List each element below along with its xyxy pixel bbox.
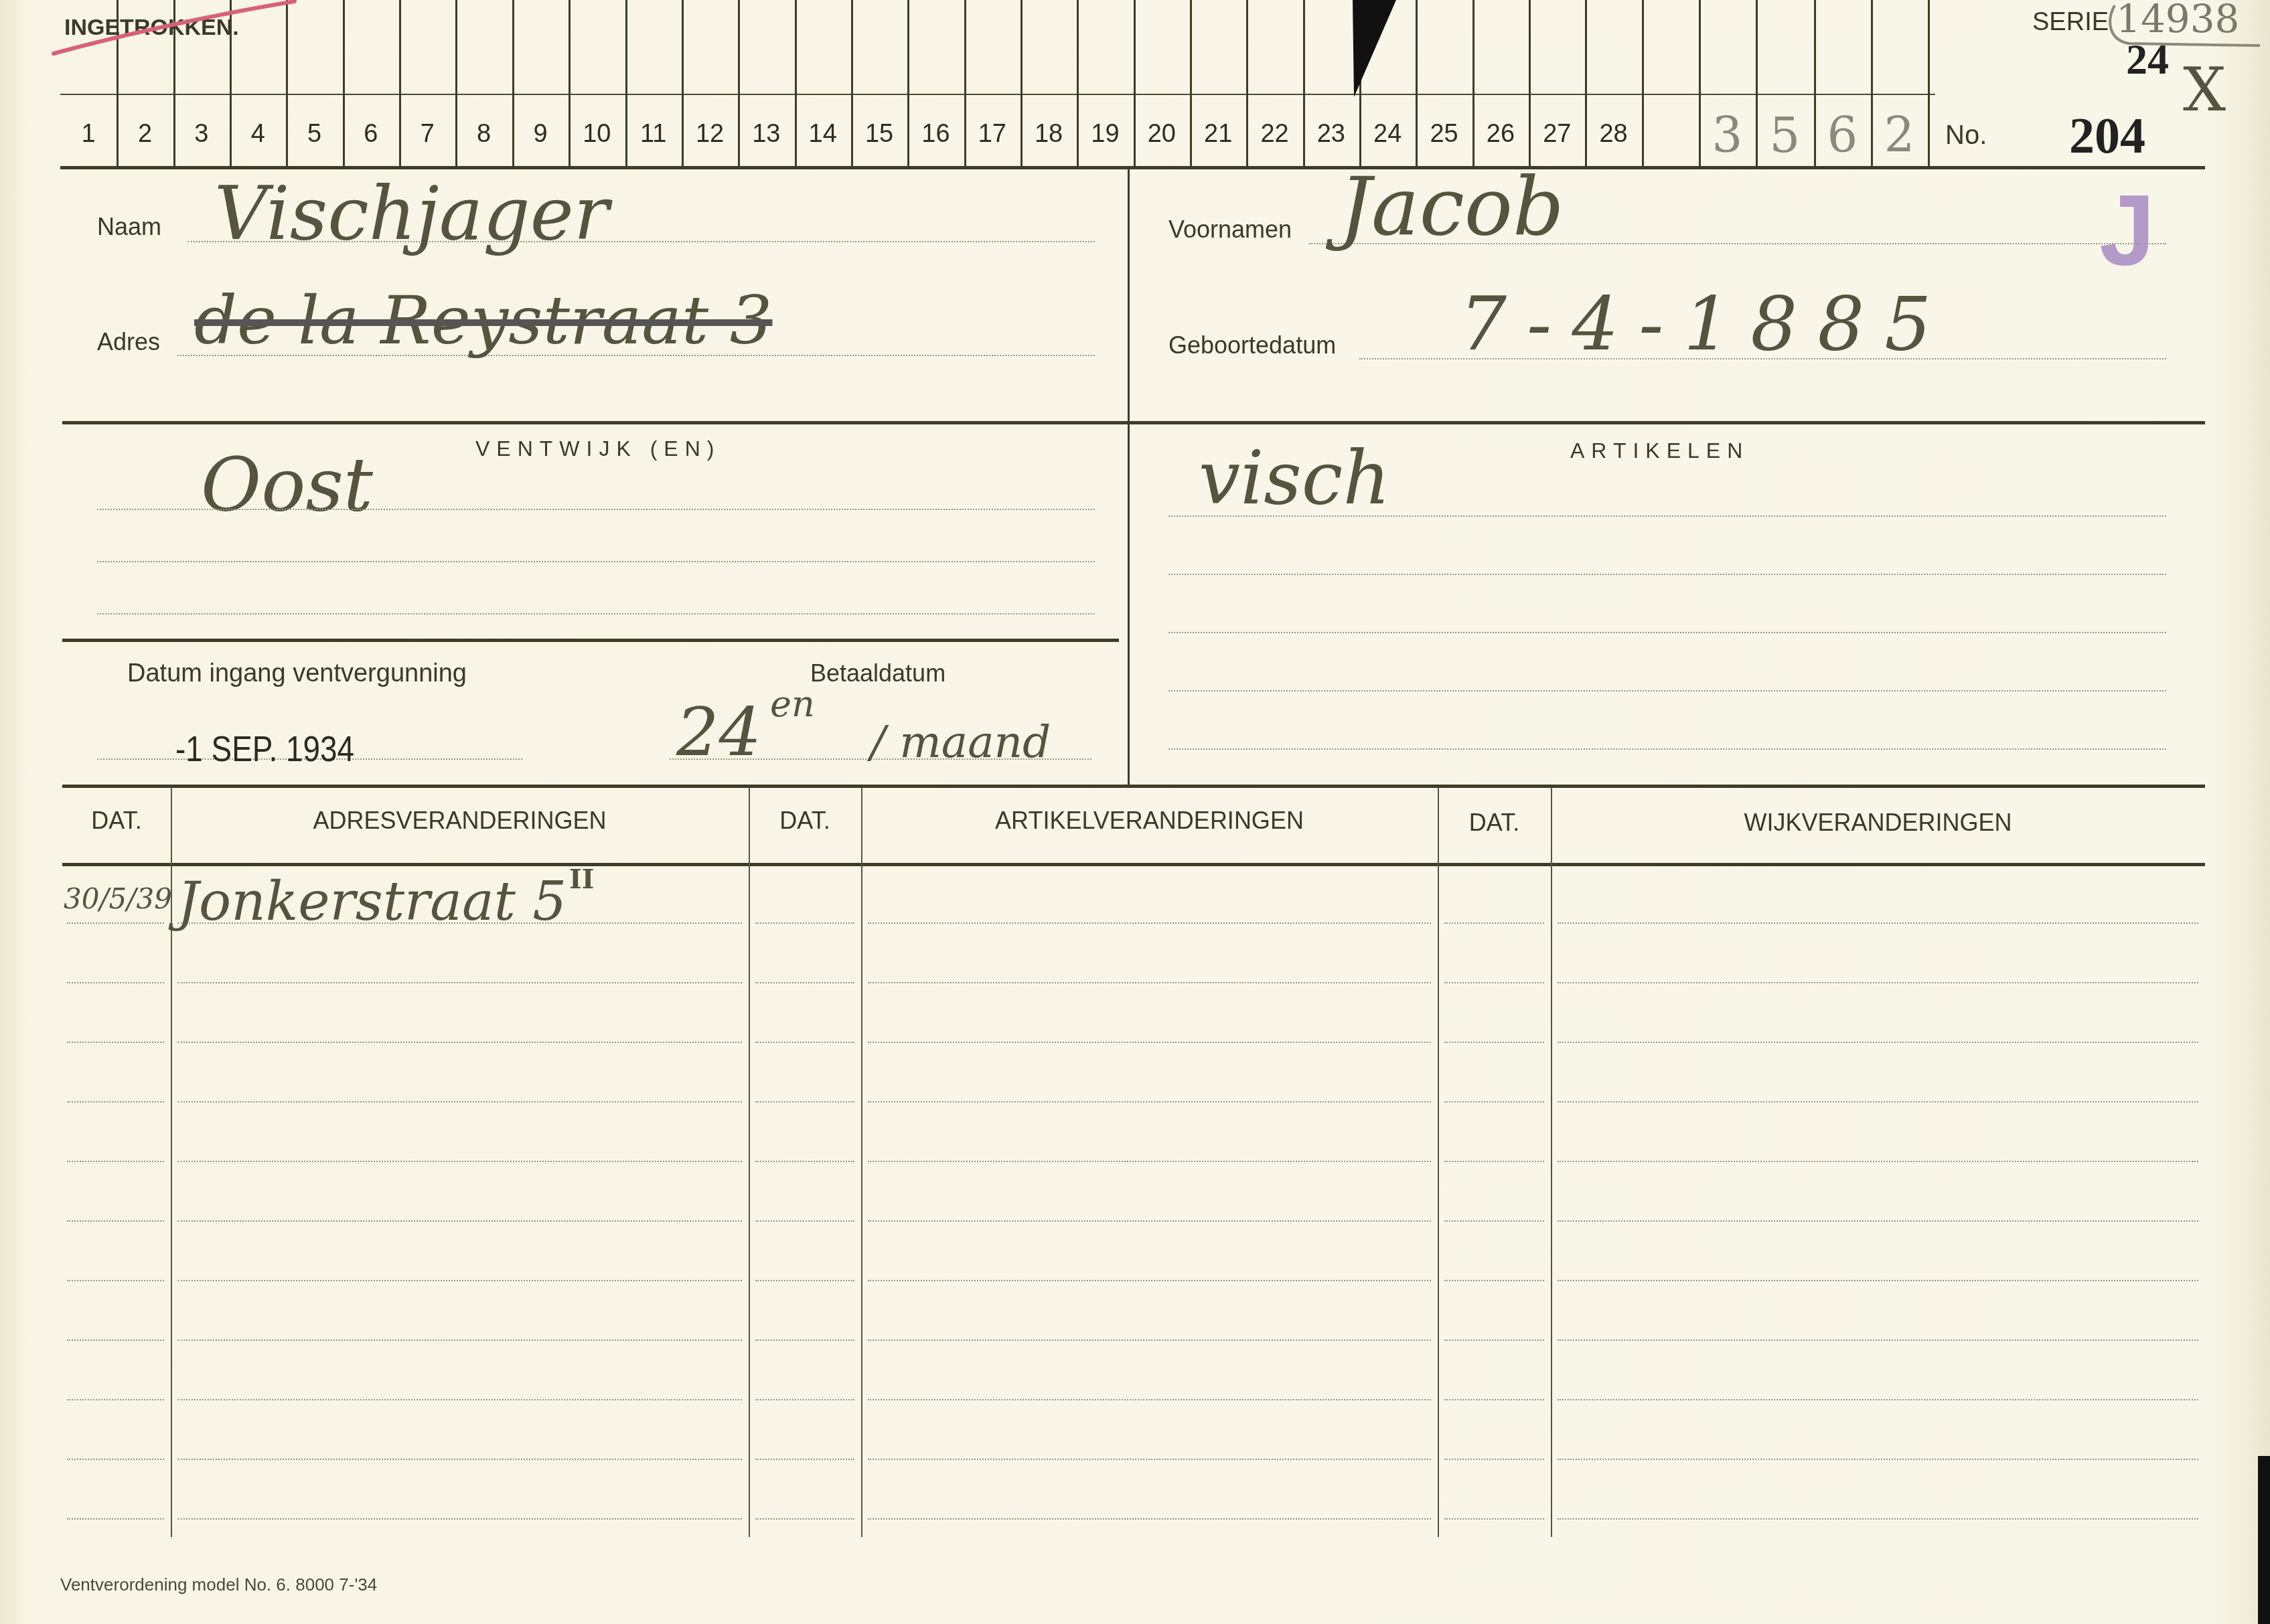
extra-column-2: 3 — [1699, 107, 1756, 163]
geboortedatum-value: 7-4-1885 — [1460, 281, 1951, 367]
day-column-6: 6 — [343, 107, 399, 161]
table-row-line — [868, 922, 1431, 924]
artikelen-line-5 — [1168, 748, 2166, 750]
ventwijk-line-2 — [97, 561, 1095, 562]
table-header-wijk-dat: DAT. — [1438, 809, 1551, 837]
tab-marker-icon — [1353, 0, 1399, 97]
extra-column-3: 5 — [1756, 107, 1814, 163]
adres-value: de la Reystraat 3 — [194, 281, 772, 359]
table-row-line — [868, 1339, 1431, 1341]
religion-stamp: J — [2099, 173, 2155, 289]
table-col-divider — [749, 787, 750, 1537]
section-divider — [1128, 167, 1130, 786]
table-row-line — [755, 1161, 854, 1162]
table-row-line — [1444, 1518, 1544, 1520]
table-row-line — [67, 982, 164, 983]
form-id: Ventverordening model No. 6. 8000 7-'34 — [60, 1574, 377, 1595]
betaaldatum-label: Betaaldatum — [810, 659, 945, 687]
serie-mark: X — [2183, 55, 2226, 125]
table-header-adres: ADRESVERANDERINGEN — [171, 807, 749, 835]
serie-label: SERIE — [2032, 8, 2109, 37]
table-header-bottom-line — [62, 863, 2205, 866]
voornamen-value: Jacob — [1339, 161, 1564, 254]
table-row-line — [177, 1042, 742, 1043]
stamp-strikethrough — [47, 0, 301, 60]
table-row-line — [177, 1220, 742, 1222]
day-column-8: 8 — [455, 107, 512, 161]
day-column-24: 24 — [1359, 107, 1416, 161]
table-row-line — [1444, 1042, 1544, 1043]
day-column-14: 14 — [795, 107, 851, 161]
day-column-17: 17 — [964, 107, 1020, 161]
table-row-line — [177, 982, 742, 983]
table-row-line — [177, 1101, 742, 1103]
table-row-line — [1444, 1459, 1544, 1460]
number-value: 204 — [2069, 107, 2145, 165]
table-row-line — [1558, 922, 2198, 924]
vergunning-bottom-line — [62, 785, 2205, 788]
extra-column-divider — [1928, 0, 1930, 167]
day-column-7: 7 — [399, 107, 455, 161]
table-row-line — [755, 1220, 854, 1222]
naam-value: Vischjager — [214, 171, 609, 256]
betaaldatum-suffix: / maand — [871, 716, 1051, 768]
table-row-line — [1558, 1280, 2198, 1281]
table-row-line — [1444, 1339, 1544, 1341]
table-row-line — [67, 1280, 164, 1281]
table-row-line — [868, 1518, 1431, 1520]
table-header-wijk: WIJKVERANDERINGEN — [1551, 809, 2205, 837]
table-row-line — [868, 1220, 1431, 1222]
artikelen-line-2 — [1168, 574, 2166, 575]
day-column-10: 10 — [569, 107, 625, 161]
artikelen-line-3 — [1168, 632, 2166, 633]
table-col-divider — [861, 787, 862, 1537]
table-row-line — [1558, 1101, 2198, 1103]
edge-shadow — [2258, 1456, 2270, 1624]
table-row-line — [868, 982, 1431, 983]
table-row-line — [755, 1101, 854, 1103]
table-row-adres-sup: II — [569, 864, 594, 895]
day-column-27: 27 — [1529, 107, 1585, 161]
table-row-line — [177, 1161, 742, 1162]
ventwijk-bottom-line — [62, 639, 1119, 642]
extra-column-5: 2 — [1871, 107, 1928, 163]
table-row-line — [1558, 1339, 2198, 1341]
table-row-adres: Jonkerstraat 5 — [177, 870, 566, 932]
table-row-line — [67, 1220, 164, 1222]
table-row-line — [177, 1339, 742, 1341]
table-row-line — [755, 1280, 854, 1281]
betaaldatum-sup: en — [770, 683, 815, 725]
artikelen-line-4 — [1168, 690, 2166, 692]
table-row-line — [1558, 1220, 2198, 1222]
table-row-line — [1558, 1399, 2198, 1400]
table-row-line — [1558, 1161, 2198, 1162]
adres-label: Adres — [97, 328, 160, 356]
table-row-line — [868, 1042, 1431, 1043]
table-row-line — [1444, 1280, 1544, 1281]
table-row-line — [177, 1280, 742, 1281]
table-row-line — [1444, 1399, 1544, 1400]
day-column-13: 13 — [738, 107, 794, 161]
table-header-artikel: ARTIKELVERANDERINGEN — [861, 807, 1438, 835]
table-row-line — [755, 1339, 854, 1341]
strip-top-line — [60, 94, 1935, 95]
table-row-line — [67, 1042, 164, 1043]
day-column-3: 3 — [173, 107, 230, 161]
table-row-line — [755, 1399, 854, 1400]
table-row-line — [755, 922, 854, 924]
table-row-line — [868, 1399, 1431, 1400]
day-column-26: 26 — [1472, 107, 1529, 161]
day-column-11: 11 — [625, 107, 682, 161]
table-row-line — [868, 1459, 1431, 1460]
table-row-line — [755, 982, 854, 983]
table-row-line — [67, 922, 164, 924]
day-column-28: 28 — [1585, 107, 1641, 161]
datum-ingang-label: Datum ingang ventvergunning — [127, 659, 467, 688]
table-header-artikel-dat: DAT. — [749, 807, 861, 835]
table-row-line — [868, 1280, 1431, 1281]
day-column-23: 23 — [1303, 107, 1359, 161]
day-column-21: 21 — [1190, 107, 1246, 161]
day-column-12: 12 — [682, 107, 738, 161]
ventwijk-line-3 — [97, 613, 1095, 615]
ventwijk-line-1 — [97, 509, 1095, 510]
table-row-line — [67, 1101, 164, 1103]
table-row-line — [67, 1518, 164, 1520]
day-column-19: 19 — [1077, 107, 1133, 161]
betaaldatum-value: 24 — [676, 693, 761, 771]
table-row-line — [868, 1161, 1431, 1162]
day-column-4: 4 — [230, 107, 286, 161]
day-column-20: 20 — [1134, 107, 1190, 161]
day-column-18: 18 — [1020, 107, 1077, 161]
ventwijk-value: Oost — [201, 442, 373, 527]
table-row-line — [1444, 1101, 1544, 1103]
table-row-line — [1558, 982, 2198, 983]
table-row-line — [177, 1518, 742, 1520]
day-column-divider — [1642, 0, 1644, 167]
table-col-divider — [1438, 787, 1439, 1537]
naam-label: Naam — [97, 213, 161, 241]
table-row-line — [1444, 982, 1544, 983]
artikelen-line-1 — [1168, 515, 2166, 517]
table-row-line — [67, 1339, 164, 1341]
person-bottom-line — [62, 421, 2205, 424]
day-column-22: 22 — [1246, 107, 1302, 161]
datum-ingang-value: -1 SEP. 1934 — [175, 728, 354, 770]
table-row-line — [177, 1459, 742, 1460]
table-row-line — [1444, 1161, 1544, 1162]
table-row-line — [1558, 1459, 2198, 1460]
table-row-adres-dat: 30/5/39 — [64, 882, 172, 915]
day-column-9: 9 — [512, 107, 569, 161]
voornamen-label: Voornamen — [1168, 216, 1292, 244]
table-row-line — [67, 1459, 164, 1460]
table-row-line — [868, 1101, 1431, 1103]
serie-sub-value: 24 — [2126, 35, 2169, 84]
strip-bottom-line — [60, 166, 2205, 169]
artikelen-label: ARTIKELEN — [1570, 438, 1749, 463]
table-header-adres-dat: DAT. — [62, 807, 171, 835]
day-column-16: 16 — [907, 107, 964, 161]
number-label: No. — [1945, 120, 1987, 151]
table-row-line — [1558, 1518, 2198, 1520]
table-row-line — [67, 1399, 164, 1400]
day-column-25: 25 — [1416, 107, 1472, 161]
geboortedatum-label: Geboortedatum — [1168, 331, 1336, 359]
table-row-line — [67, 1161, 164, 1162]
day-column-15: 15 — [851, 107, 907, 161]
table-row-line — [755, 1042, 854, 1043]
table-row-line — [1444, 922, 1544, 924]
day-column-5: 5 — [286, 107, 342, 161]
ventwijk-label: VENTWIJK (EN) — [475, 436, 721, 461]
extra-column-4: 6 — [1814, 107, 1871, 163]
table-row-line — [1558, 1042, 2198, 1043]
table-row-line — [1444, 1220, 1544, 1222]
table-row-line — [177, 1399, 742, 1400]
table-row-line — [755, 1459, 854, 1460]
day-column-1: 1 — [60, 107, 117, 161]
artikelen-value: visch — [1199, 435, 1390, 521]
day-column-2: 2 — [117, 107, 173, 161]
table-row-line — [755, 1518, 854, 1520]
table-col-divider — [1551, 787, 1552, 1537]
